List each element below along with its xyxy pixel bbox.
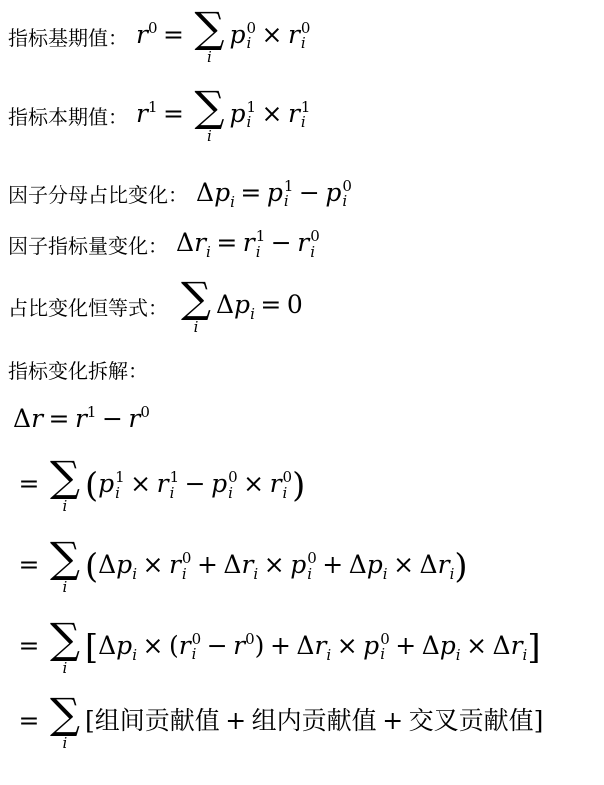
math-fence: [ — [85, 706, 95, 735]
math-text: 组间贡献值 — [95, 706, 220, 735]
math-scripts: 1i — [301, 100, 311, 132]
sigma-glyph: ∑ — [50, 694, 80, 734]
math-formula: Δri=r1i−r0i — [176, 228, 320, 260]
math-var: p0i — [363, 631, 390, 660]
math-formula: Δpi=p1i−p0i — [196, 178, 352, 210]
math-scripts: 0i — [307, 551, 317, 583]
math-operator: = — [19, 550, 40, 579]
math-subscript: i — [456, 646, 461, 664]
math-superscript: 0 — [148, 19, 158, 37]
math-subscript: i — [301, 36, 306, 52]
math-subscript: i — [132, 646, 137, 664]
math-var: ri — [241, 550, 258, 579]
math-delta-symbol: Δ — [420, 550, 438, 579]
math-operator: = — [240, 178, 261, 207]
math-subscript: i — [283, 486, 288, 502]
summation-sigma-icon: ∑i — [181, 278, 211, 335]
summation-index: i — [207, 50, 212, 65]
math-operator: − — [185, 469, 206, 498]
math-var: p0i — [290, 550, 317, 579]
math-subscript: i — [342, 194, 347, 210]
math-subscript: i — [256, 245, 261, 261]
math-superscript: 1 — [87, 403, 97, 421]
math-var: p1i — [229, 99, 256, 128]
math-subscript: i — [170, 486, 175, 502]
math-operator: = — [49, 404, 70, 433]
math-operator: × — [466, 631, 487, 660]
math-var-base: p — [229, 99, 245, 128]
math-superscript: 0 — [245, 630, 255, 648]
math-subscript: i — [192, 647, 197, 663]
math-fence: ) — [454, 547, 467, 586]
math-scripts: 0i — [301, 21, 311, 53]
math-var: r — [31, 404, 43, 433]
math-delta-symbol: Δ — [196, 178, 214, 207]
math-operator: + — [322, 550, 343, 579]
math-formula: ∑iΔpi=0 — [176, 278, 303, 335]
math-operator: × — [143, 550, 164, 579]
math-fence: ( — [85, 466, 98, 505]
decomposition-title: 指标变化拆解： — [8, 355, 596, 384]
math-var-base: p — [367, 550, 383, 579]
math-var-base: r — [288, 99, 300, 128]
formula-line-metric-change: 因子指标量变化： Δri=r1i−r0i — [8, 228, 596, 260]
math-var-base: r — [75, 404, 87, 433]
summation-index: i — [63, 499, 68, 514]
math-fence: ) — [255, 631, 265, 660]
math-var-base: r — [511, 631, 523, 660]
math-subscript: i — [246, 115, 251, 131]
math-fence: [ — [85, 628, 98, 667]
math-var-base: r — [314, 631, 326, 660]
math-var-base: r — [136, 99, 148, 128]
summation-index: i — [194, 320, 199, 335]
line-label: 指标变化拆解： — [8, 355, 148, 384]
math-var-base: p — [290, 550, 306, 579]
math-subscript: i — [383, 565, 388, 583]
math-var-base: r — [297, 228, 309, 257]
summation-index: i — [63, 661, 68, 676]
math-operator: − — [102, 404, 123, 433]
math-var: r0i — [297, 228, 320, 257]
math-var-base: p — [440, 631, 456, 660]
math-var: ri — [438, 550, 455, 579]
math-var-base: r — [438, 550, 450, 579]
math-subscript: i — [230, 193, 235, 211]
math-scripts: 1i — [284, 179, 294, 211]
math-var-base: r — [288, 20, 300, 49]
math-operator: × — [143, 631, 164, 660]
summation-sigma-icon: ∑i — [50, 457, 80, 514]
math-var: r0i — [169, 550, 192, 579]
math-fence: ] — [534, 706, 544, 735]
math-var: r0i — [179, 631, 202, 660]
math-var: ri — [194, 228, 211, 257]
formula-line-base-period-value: 指标基期值： r0=∑ip0i×r0i — [8, 8, 596, 65]
math-operator: = — [163, 99, 184, 128]
math-scripts: 0i — [283, 470, 293, 502]
math-subscript: i — [450, 565, 455, 583]
math-var: r1i — [157, 469, 180, 498]
math-var-base: r — [194, 228, 206, 257]
line-label: 指标基期值： — [8, 22, 128, 51]
math-formula: Δr=r1−r0 — [13, 404, 150, 433]
line-label: 指标本期值： — [8, 101, 128, 130]
math-var: pi — [214, 178, 235, 207]
derivation-step-1: Δr=r1−r0 — [13, 404, 596, 433]
math-operator: = — [163, 20, 184, 49]
math-var: ri — [314, 631, 331, 660]
math-subscript: i — [246, 36, 251, 52]
math-operator: + — [395, 631, 416, 660]
math-formula: =∑i(Δpi×r0i+Δri×p0i+Δpi×Δri) — [13, 538, 468, 595]
math-formula: =∑i(p1i×r1i−p0i×r0i) — [13, 457, 305, 514]
math-var: p1i — [267, 178, 294, 207]
math-fence: ) — [292, 466, 305, 505]
math-scripts: 1i — [256, 229, 266, 261]
math-var-base: p — [98, 469, 114, 498]
math-var: r0 — [128, 404, 150, 433]
math-scripts: 0i — [182, 551, 192, 583]
math-superscript: 0 — [140, 403, 150, 421]
math-var-base: r — [169, 550, 181, 579]
math-var-base: p — [214, 178, 230, 207]
math-operator: × — [262, 99, 283, 128]
math-var: r1i — [288, 99, 311, 128]
formula-line-share-change: 因子分母占比变化： Δpi=p1i−p0i — [8, 178, 596, 210]
math-var-base: p — [363, 631, 379, 660]
math-var-base: r — [241, 550, 253, 579]
sigma-glyph: ∑ — [50, 457, 80, 497]
summation-sigma-icon: ∑i — [194, 87, 224, 144]
math-text: 组内贡献值 — [252, 706, 377, 735]
sigma-glyph: ∑ — [50, 538, 80, 578]
math-var: r1 — [136, 99, 158, 128]
math-scripts: 1i — [115, 470, 125, 502]
math-var-base: r — [31, 404, 43, 433]
math-formula: r1=∑ip1i×r1i — [136, 87, 310, 144]
math-scripts: 0i — [342, 179, 352, 211]
math-scripts: 0i — [310, 229, 320, 261]
math-subscript: i — [206, 243, 211, 261]
math-subscript: i — [310, 245, 315, 261]
math-var-base: p — [267, 178, 283, 207]
math-var: r0 — [233, 631, 255, 660]
math-operator: = — [216, 228, 237, 257]
math-var: pi — [367, 550, 388, 579]
math-delta-symbol: Δ — [176, 228, 194, 257]
math-var: pi — [116, 550, 137, 579]
math-var-base: r — [136, 20, 148, 49]
math-operator: − — [207, 631, 228, 660]
math-subscript: i — [307, 567, 312, 583]
math-delta-symbol: Δ — [98, 550, 116, 579]
sigma-glyph: ∑ — [194, 8, 224, 48]
math-scripts: 0i — [192, 632, 202, 664]
derivation-step-5: =∑i[组间贡献值+组内贡献值+交叉贡献值] — [13, 694, 596, 751]
math-delta-symbol: Δ — [349, 550, 367, 579]
math-fence: ( — [169, 631, 179, 660]
math-operator: × — [337, 631, 358, 660]
math-operator: × — [243, 469, 264, 498]
summation-sigma-icon: ∑i — [194, 8, 224, 65]
math-var: r0i — [288, 20, 311, 49]
math-operator: × — [262, 20, 283, 49]
math-operator: = — [260, 290, 281, 319]
math-document: 指标基期值： r0=∑ip0i×r0i 指标本期值： r1=∑ip1i×r1i … — [0, 0, 604, 785]
math-subscript: i — [228, 486, 233, 502]
math-subscript: i — [250, 305, 255, 323]
math-subscript: i — [253, 565, 258, 583]
line-label: 占比变化恒等式： — [8, 292, 168, 321]
math-var: pi — [116, 631, 137, 660]
summation-index: i — [63, 736, 68, 751]
math-delta-symbol: Δ — [98, 631, 116, 660]
sigma-glyph: ∑ — [194, 87, 224, 127]
math-operator: = — [19, 469, 40, 498]
math-var: p0i — [229, 20, 256, 49]
math-operator: × — [130, 469, 151, 498]
math-var-base: p — [116, 631, 132, 660]
math-subscript: i — [182, 567, 187, 583]
derivation-step-4: =∑i[Δpi×(r0i−r0)+Δri×p0i+Δpi×Δri] — [13, 619, 596, 676]
math-scripts: 1i — [170, 470, 180, 502]
math-delta-symbol: Δ — [493, 631, 511, 660]
math-var: r1 — [75, 404, 97, 433]
math-var-base: p — [229, 20, 245, 49]
math-var: p0i — [325, 178, 352, 207]
math-superscript: 1 — [148, 98, 158, 116]
math-var-base: r — [179, 631, 191, 660]
math-var: r1i — [243, 228, 266, 257]
math-delta-symbol: Δ — [223, 550, 241, 579]
math-subscript: i — [132, 565, 137, 583]
math-var: r0i — [270, 469, 293, 498]
math-fence: ] — [527, 628, 540, 667]
math-var: p0i — [211, 469, 238, 498]
math-var-base: r — [128, 404, 140, 433]
math-var: r0 — [136, 20, 158, 49]
math-var-base: r — [157, 469, 169, 498]
math-delta-symbol: Δ — [422, 631, 440, 660]
formula-line-current-period-value: 指标本期值： r1=∑ip1i×r1i — [8, 87, 596, 144]
math-var-base: p — [116, 550, 132, 579]
math-var: ri — [511, 631, 528, 660]
math-operator: = — [19, 706, 40, 735]
math-subscript: i — [380, 647, 385, 663]
math-subscript: i — [301, 115, 306, 131]
math-var-base: p — [234, 290, 250, 319]
math-operator: + — [382, 706, 403, 735]
summation-sigma-icon: ∑i — [50, 619, 80, 676]
formula-line-share-identity: 占比变化恒等式： ∑iΔpi=0 — [8, 278, 596, 335]
math-scripts: 0i — [380, 632, 390, 664]
math-operator: × — [393, 550, 414, 579]
line-label: 因子分母占比变化： — [8, 179, 188, 208]
math-scripts: 0i — [228, 470, 238, 502]
math-formula: =∑i[Δpi×(r0i−r0)+Δri×p0i+Δpi×Δri] — [13, 619, 541, 676]
math-operator: + — [270, 631, 291, 660]
math-formula: r0=∑ip0i×r0i — [136, 8, 310, 65]
math-subscript: i — [284, 194, 289, 210]
math-fence: ( — [85, 547, 98, 586]
math-var: p1i — [98, 469, 125, 498]
math-operator: − — [299, 178, 320, 207]
math-operator: + — [225, 706, 246, 735]
derivation-step-3: =∑i(Δpi×r0i+Δri×p0i+Δpi×Δri) — [13, 538, 596, 595]
derivation-step-2: =∑i(p1i×r1i−p0i×r0i) — [13, 457, 596, 514]
math-var-base: r — [233, 631, 245, 660]
math-delta-symbol: Δ — [13, 404, 31, 433]
math-var-base: p — [325, 178, 341, 207]
summation-sigma-icon: ∑i — [50, 694, 80, 751]
math-operator: − — [271, 228, 292, 257]
math-subscript: i — [115, 486, 120, 502]
math-text: 交叉贡献值 — [409, 706, 534, 735]
math-formula: =∑i[组间贡献值+组内贡献值+交叉贡献值] — [13, 694, 543, 751]
math-var-base: r — [270, 469, 282, 498]
math-delta-symbol: Δ — [296, 631, 314, 660]
math-var-base: p — [211, 469, 227, 498]
math-subscript: i — [523, 646, 528, 664]
sigma-glyph: ∑ — [181, 278, 211, 318]
summation-sigma-icon: ∑i — [50, 538, 80, 595]
math-var-base: r — [243, 228, 255, 257]
summation-index: i — [207, 129, 212, 144]
math-operator: × — [264, 550, 285, 579]
summation-index: i — [63, 580, 68, 595]
math-scripts: 1i — [246, 100, 256, 132]
math-subscript: i — [326, 646, 331, 664]
math-operator: = — [19, 631, 40, 660]
math-number: 0 — [287, 290, 303, 319]
math-delta-symbol: Δ — [216, 290, 234, 319]
math-var: pi — [440, 631, 461, 660]
math-operator: + — [197, 550, 218, 579]
math-scripts: 0i — [246, 21, 256, 53]
line-label: 因子指标量变化： — [8, 230, 168, 259]
sigma-glyph: ∑ — [50, 619, 80, 659]
math-var: pi — [234, 290, 255, 319]
